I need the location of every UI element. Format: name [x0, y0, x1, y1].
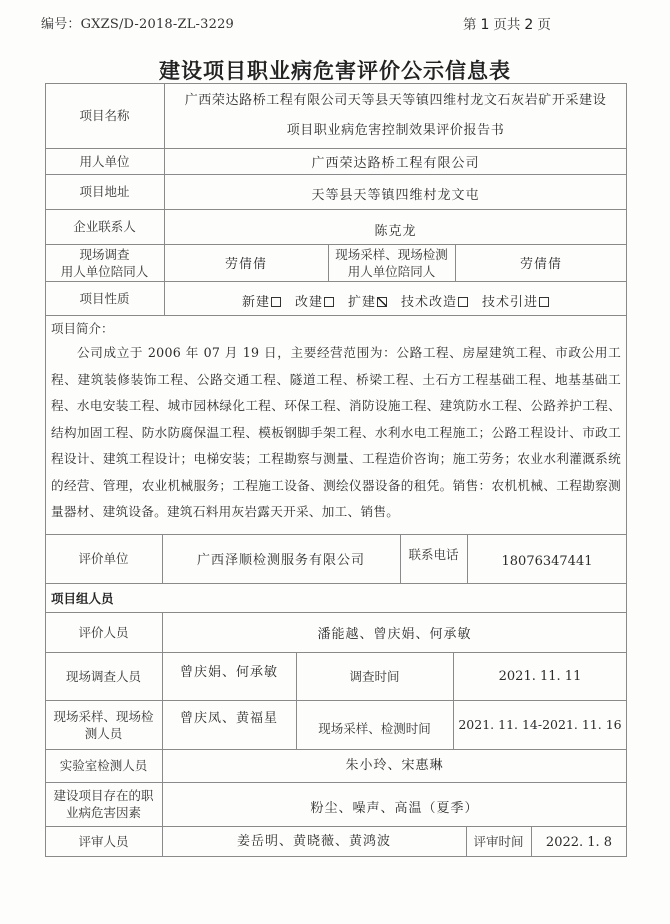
evaluators-label: 评价人员: [45, 612, 162, 652]
survey-escort-value: 劳倩倩: [164, 246, 328, 283]
eval-unit-label: 评价单位: [45, 534, 162, 583]
project-nature-label: 项目性质: [45, 281, 164, 315]
phone-value: 18076347441: [467, 537, 627, 586]
survey-time-value: 2021. 11. 11: [453, 652, 627, 700]
checkbox-unchecked-icon[interactable]: [324, 297, 334, 307]
page-middle: 页共: [493, 17, 520, 33]
checkbox-unchecked-icon[interactable]: [458, 297, 468, 307]
hazards-label: 建设项目存在的职业病危害因素: [45, 782, 162, 826]
sampling-time-label: 现场采样、检测时间: [296, 704, 453, 753]
page-prefix: 第: [463, 17, 477, 33]
sampling-staff-value: 曾庆凤、黄福星: [162, 694, 296, 743]
survey-staff-value: 曾庆娟、何承敏: [162, 648, 296, 696]
checkbox-unchecked-icon[interactable]: [271, 297, 281, 307]
page-indicator: 第1页共2页: [463, 13, 551, 33]
sampling-escort-label-line2: 用人单位陪同人: [348, 263, 436, 280]
eval-unit-value: 广西泽顺检测服务有限公司: [162, 536, 400, 585]
nature-option-rebuild[interactable]: 改建: [295, 294, 334, 311]
review-time-label: 评审时间: [466, 826, 531, 857]
intro-label: 项目简介：: [51, 319, 114, 337]
sampling-staff-label: 现场采样、现场检测人员: [45, 700, 162, 749]
sampling-escort-label: 现场采样、现场检测 用人单位陪同人: [328, 244, 455, 281]
project-name-value: 广西荣达路桥工程有限公司天等县天等镇四维村龙文石灰岩矿开采建设 项目职业病危害控…: [164, 83, 627, 148]
review-time-value: 2022. 1. 8: [531, 827, 627, 858]
survey-escort-label-line2: 用人单位陪同人: [61, 263, 149, 280]
address-value: 天等县天等镇四维村龙文屯: [164, 178, 627, 213]
sampling-escort-label-line1: 现场采样、现场检测: [335, 246, 448, 263]
contact-label: 企业联系人: [45, 209, 164, 244]
project-name-line2: 项目职业病危害控制效果评价报告书: [287, 116, 505, 146]
team-section-label: 项目组人员: [51, 589, 114, 607]
survey-time-label: 调查时间: [296, 652, 453, 700]
nature-option-label: 技术改造: [401, 294, 457, 311]
intro-text: 公司成立于 2006 年 07 月 19 日，主要经营范围为：公路工程、房屋建筑…: [51, 340, 621, 526]
reviewers-label: 评审人员: [45, 826, 162, 857]
sampling-time-value: 2021. 11. 14-2021. 11. 16: [453, 700, 627, 749]
phone-label: 联系电话: [400, 530, 467, 579]
address-label: 项目地址: [45, 174, 164, 209]
survey-staff-label: 现场调查人员: [45, 652, 162, 700]
sampling-escort-value: 劳倩倩: [455, 246, 627, 283]
project-name-line1: 广西荣达路桥工程有限公司天等县天等镇四维村龙文石灰岩矿开采建设: [185, 86, 607, 116]
nature-option-tech-import[interactable]: 技术引进: [482, 294, 549, 311]
reviewers-value: 姜岳明、黄晓薇、黄鸿波: [162, 826, 466, 857]
nature-option-label: 扩建: [348, 294, 376, 311]
employer-label: 用人单位: [45, 148, 164, 174]
document-title: 建设项目职业病危害评价公示信息表: [0, 55, 670, 85]
nature-option-tech-upgrade[interactable]: 技术改造: [401, 294, 468, 311]
hazards-value: 粉尘、噪声、高温（夏季）: [162, 786, 627, 830]
project-nature-options: 新建 改建 扩建 技术改造 技术引进: [164, 285, 627, 319]
checkbox-checked-icon[interactable]: [377, 297, 387, 307]
nature-option-new[interactable]: 新建: [242, 294, 281, 311]
page-suffix: 页: [537, 17, 551, 33]
lab-staff-label: 实验室检测人员: [45, 749, 162, 782]
nature-option-label: 改建: [295, 294, 323, 311]
survey-escort-label: 现场调查 用人单位陪同人: [45, 244, 164, 281]
employer-value: 广西荣达路桥工程有限公司: [164, 150, 627, 176]
checkbox-unchecked-icon[interactable]: [539, 297, 549, 307]
lab-staff-value: 朱小玲、宋惠琳: [162, 749, 627, 782]
nature-checkbox-group: 新建 改建 扩建 技术改造 技术引进: [242, 294, 549, 311]
nature-option-expand[interactable]: 扩建: [348, 294, 387, 311]
survey-escort-label-line1: 现场调查: [79, 246, 129, 263]
document-code: 编号：GXZS/D-2018-ZL-3229: [41, 13, 234, 32]
nature-option-label: 技术引进: [482, 294, 538, 311]
page-total: 2: [524, 17, 533, 33]
page-current: 1: [481, 17, 490, 33]
project-name-label: 项目名称: [45, 83, 164, 148]
nature-option-label: 新建: [242, 294, 270, 311]
